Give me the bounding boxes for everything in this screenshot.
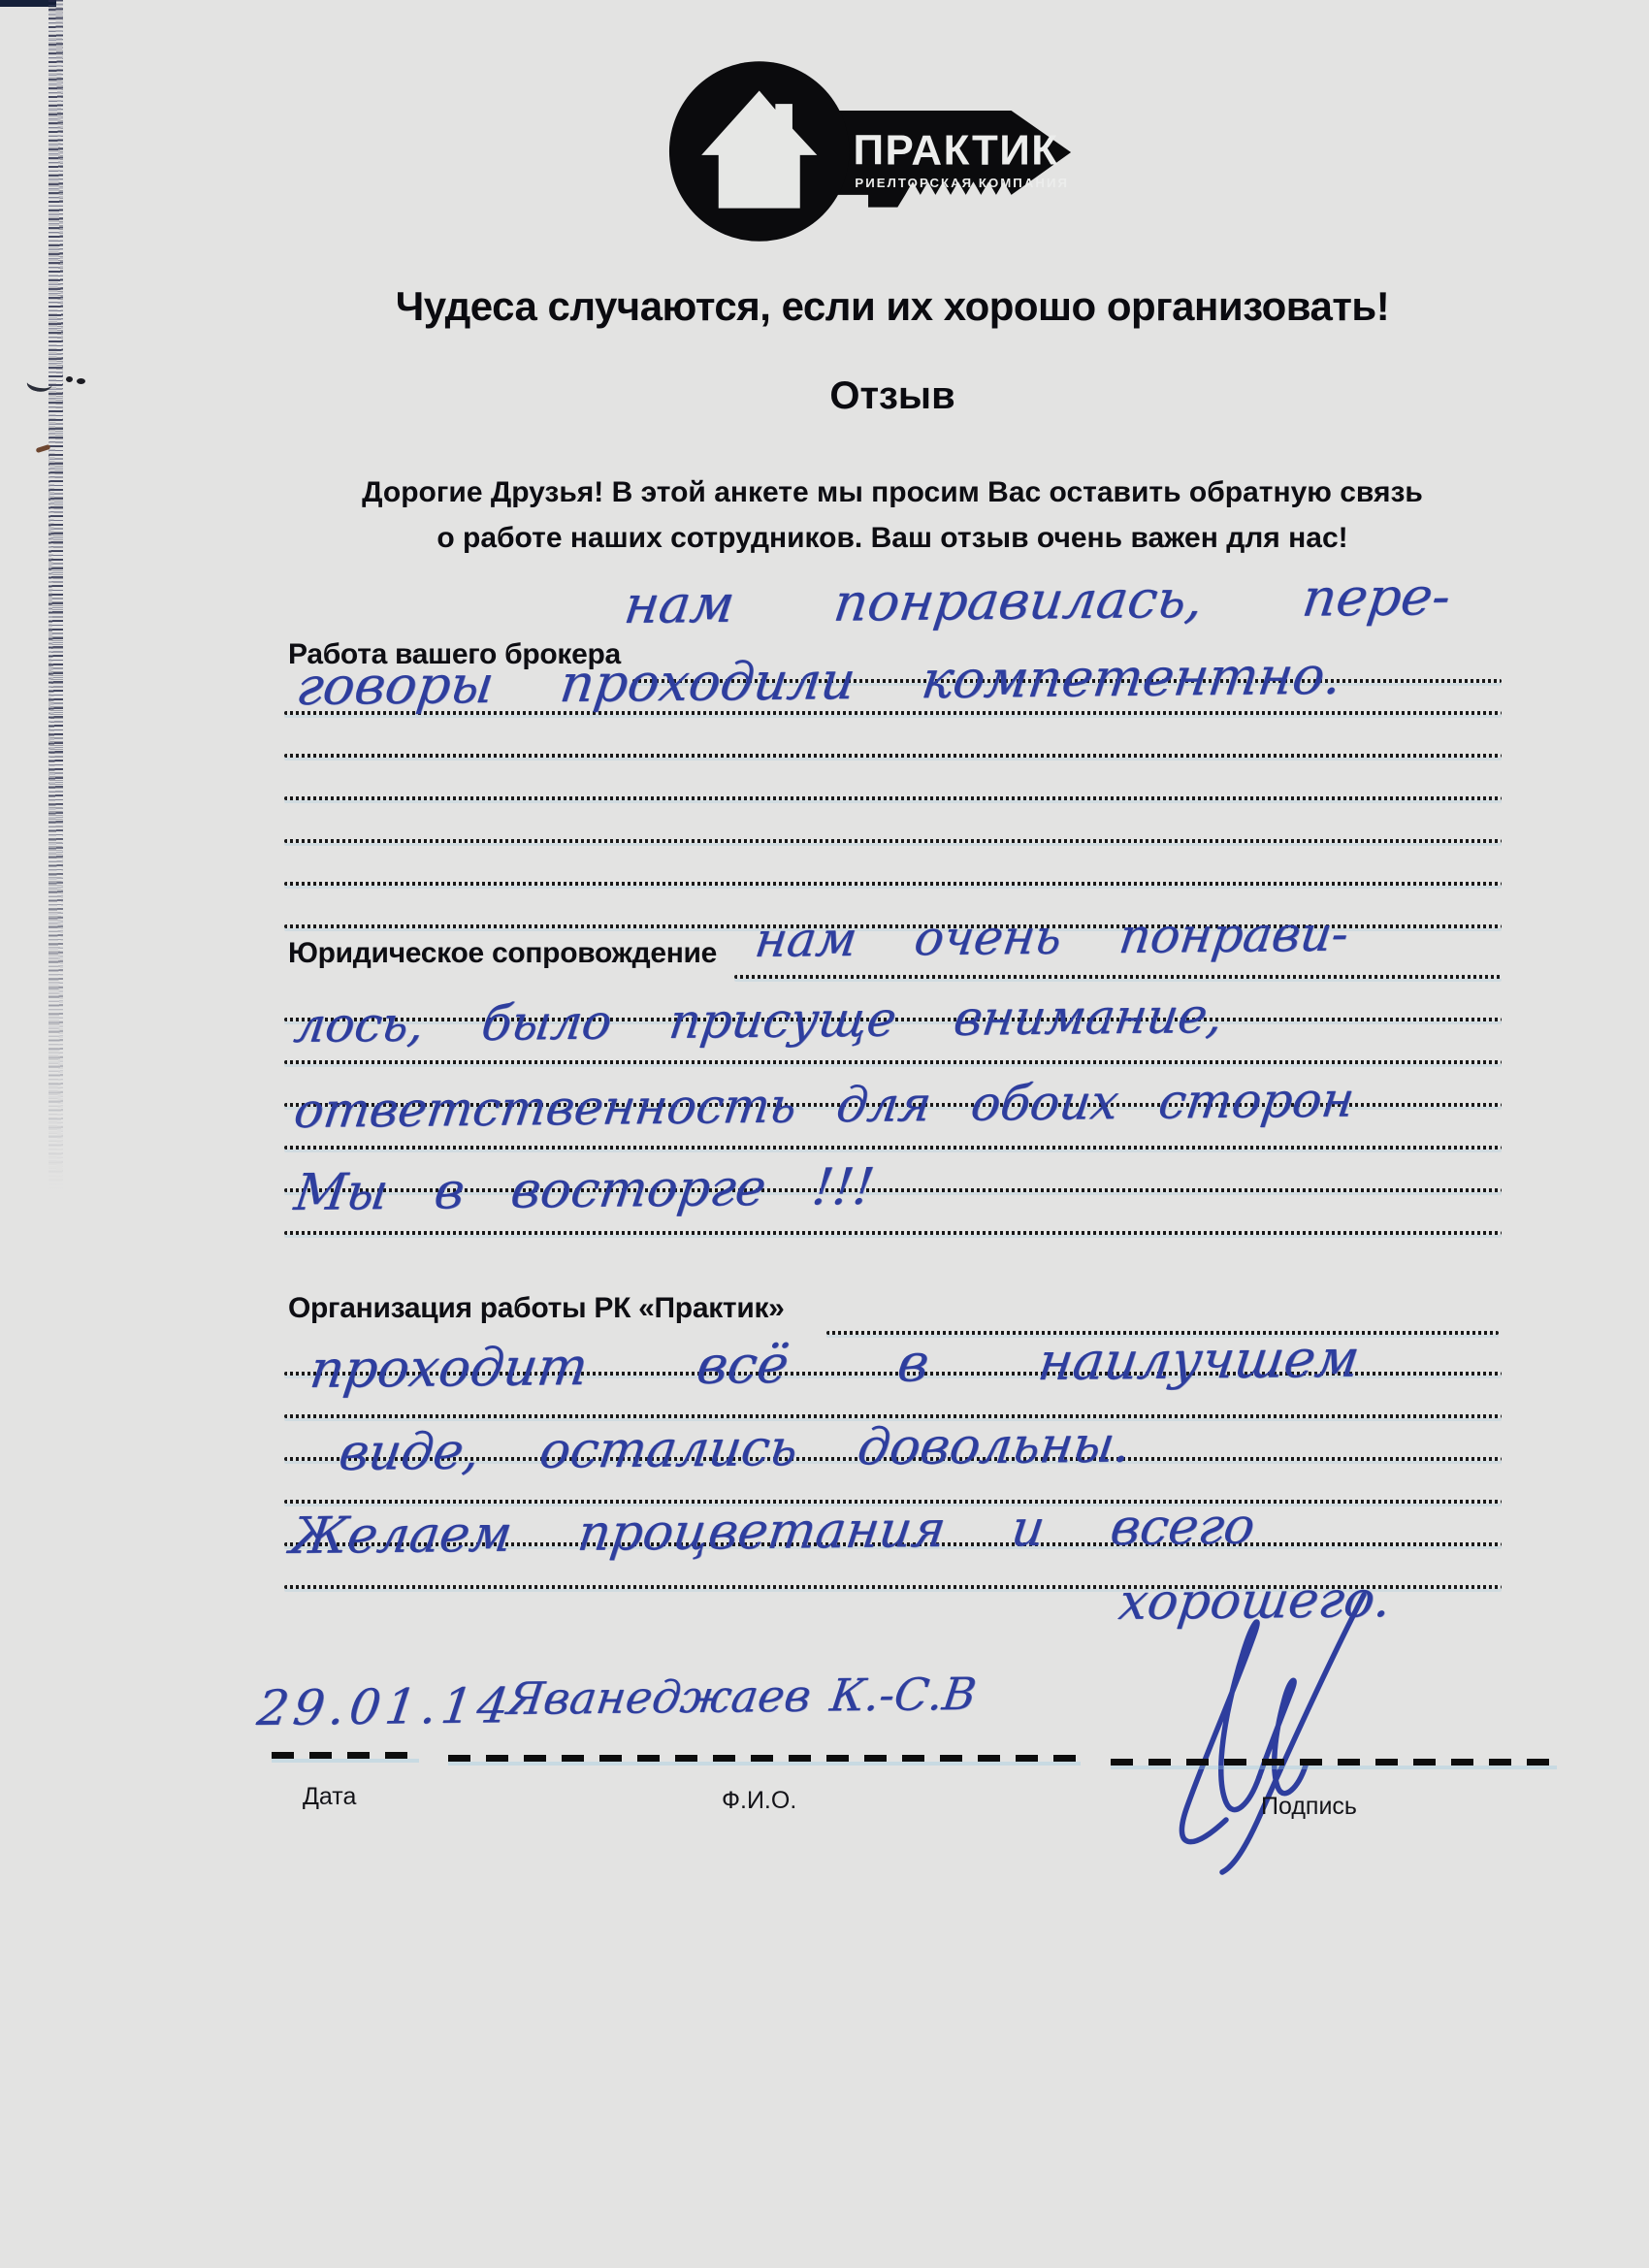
dotted-line [284,796,1502,800]
handwriting-legal-row-1: нам очень понрави- [752,906,1352,968]
handwriting-name: Яванеджаев К.-С.В [504,1668,979,1725]
ink-dot [77,378,85,384]
handwriting-date: 29.01.14 [254,1677,517,1736]
scan-artifact-speckle-band [48,0,63,1227]
logo-tagline-text: РИЕЛТОРСКАЯ КОМПАНИЯ [855,176,1069,190]
dotted-line [284,1231,1502,1235]
handwriting-legal-row-2: лось, было присуще внимание, [291,988,1226,1053]
dotted-line [284,839,1502,843]
key-house-logo-icon: ПРАКТИК РИЕЛТОРСКАЯ КОМПАНИЯ [667,56,1075,246]
headline: Чудеса случаются, если их хорошо организ… [242,283,1542,330]
intro-text: Дорогие Друзья! В этой анкете мы просим … [242,470,1542,561]
company-logo: ПРАКТИК РИЕЛТОРСКАЯ КОМПАНИЯ [667,56,1075,248]
handwriting-broker-row-1: нам понравилась, пере- [621,566,1454,635]
handwriting-legal-row-4: Мы в восторге !!! [291,1158,877,1222]
dotted-line [284,1146,1502,1150]
dotted-line [284,882,1502,886]
field-label-legal: Юридическое сопровождение [288,937,717,970]
form-title: Отзыв [242,374,1542,418]
handwriting-broker-row-2: говоры проходили компетентно. [293,645,1345,717]
dotted-line [734,975,1502,979]
signature-flourish-icon [1133,1589,1424,1880]
intro-line-1: Дорогие Друзья! В этой анкете мы просим … [242,470,1542,515]
dotted-line [284,754,1502,758]
name-signature-line [448,1755,1081,1762]
date-signature-line [272,1752,419,1759]
name-label: Ф.И.О. [722,1787,796,1815]
handwriting-organisation-row-3: Желаем процветания и всего [287,1498,1258,1566]
signature [1133,1589,1424,1880]
handwriting-organisation-row-1: проходит всё в наилучшем [307,1328,1363,1400]
signature-line [1111,1759,1557,1766]
field-label-organisation: Организация работы РК «Практик» [288,1292,785,1325]
intro-line-2: о работе наших сотрудников. Ваш отзыв оч… [242,515,1542,561]
handwriting-legal-row-3: ответственность для обоих сторон [291,1072,1357,1139]
date-label: Дата [303,1783,356,1811]
ink-dot [66,376,73,382]
scanned-feedback-form: ПРАКТИК РИЕЛТОРСКАЯ КОМПАНИЯ Чудеса случ… [0,0,1649,2268]
logo-brand-text: ПРАКТИК [853,127,1058,175]
signature-label: Подпись [1261,1793,1357,1821]
handwriting-organisation-row-2: виде, остались довольны. [336,1415,1134,1482]
dotted-line [284,1060,1502,1064]
